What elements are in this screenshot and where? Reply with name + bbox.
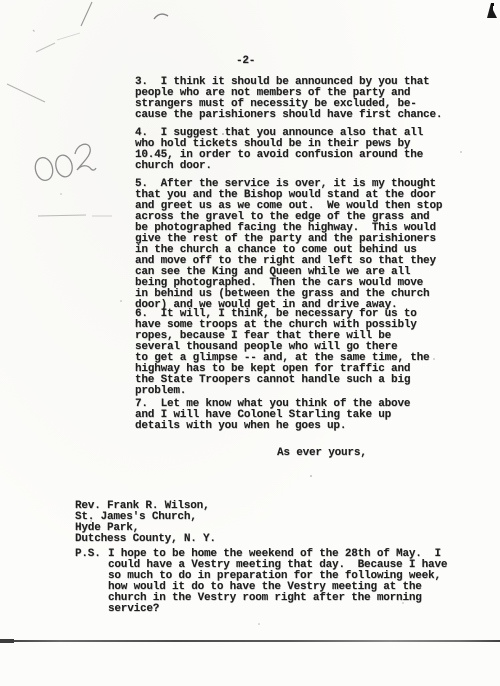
paragraph-7: 7. Let me know what you think of the abo… xyxy=(135,399,410,432)
page-bottom-edge-line xyxy=(0,640,500,642)
handwritten-002 xyxy=(28,138,106,194)
paragraph-4: 4. I suggest that you announce also that… xyxy=(135,128,423,172)
paragraph-6: 6. It will, I think, be necessary for us… xyxy=(135,309,429,397)
postscript-text: I hope to be home the weekend of the 28t… xyxy=(108,549,447,615)
paragraph-3: 3. I think it should be announced by you… xyxy=(135,77,442,121)
postscript-label: P.S. xyxy=(75,549,101,560)
page-bottom-edge-left-mark xyxy=(0,639,14,643)
paragraph-5: 5. After the service is over, it is my t… xyxy=(135,179,442,311)
ink-blot-mark xyxy=(486,3,498,20)
scanned-letter-page: -2- 3. I think it should be announced by… xyxy=(0,0,500,686)
page-number: -2- xyxy=(236,56,255,67)
pencil-underline-mark xyxy=(0,205,130,225)
recipient-address-block: Rev. Frank R. Wilson, St. James's Church… xyxy=(75,501,216,545)
scan-noise-speckles xyxy=(222,133,224,135)
closing-salutation: As ever yours, xyxy=(277,448,367,459)
